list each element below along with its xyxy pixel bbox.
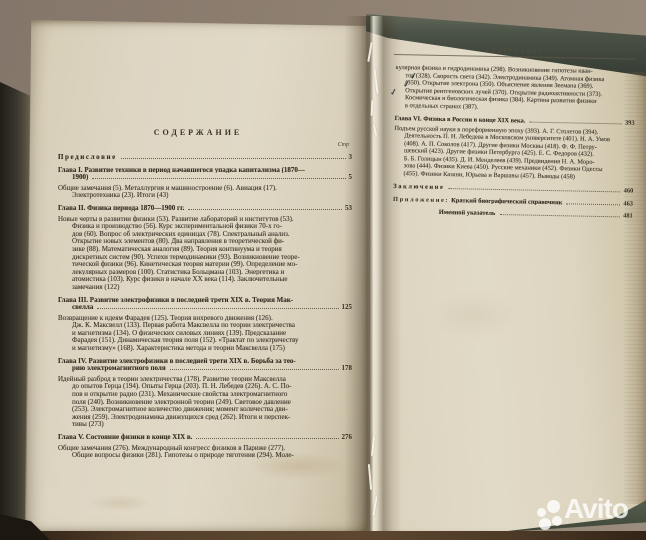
toc-line-text: дискретных систем (90). Успехи термодина…: [72, 253, 300, 261]
toc-line-text: Глава III. Развитие электрофизики в посл…: [58, 296, 293, 304]
toc-line-text: Физика и производство (56). Курс экспери…: [72, 222, 282, 230]
dotted-leader: [97, 303, 338, 309]
toc-line-prefix: Приложение:: [393, 196, 449, 204]
toc-line-text: атомистика (103). Курс физики в начале X…: [72, 275, 287, 283]
pen-checkmark: ✓: [409, 71, 418, 82]
right-page-content: СОДЕРЖАНИЕ 457 кулярная физика и гидроди…: [391, 46, 636, 219]
toc-line-text: Общие замечания (276). Международный кон…: [58, 444, 285, 452]
toc-line-text: Идейный разброд в теории электричества (…: [58, 375, 286, 383]
book-photo: СОДЕРЖАНИЕ Стр Предисловие3Глава I. Разв…: [0, 0, 646, 540]
left-page-toc: Предисловие3Глава I. Развитие техники в …: [44, 153, 352, 459]
toc-line-text: Новые черты в развитии физики (53). Разв…: [58, 215, 294, 223]
toc-line: Глава II. Физика периода 1870—1900 гг.53: [44, 204, 352, 212]
toc-line-text: жения (259). Электродинамика движущихся …: [72, 413, 290, 421]
toc-line: жения (259). Электродинамика движущихся …: [44, 413, 352, 421]
page-ref: 53: [345, 204, 352, 212]
toc-line: Глава IV. Развитие электрофизики в после…: [44, 357, 352, 365]
toc-entry: Глава V. Состояние физики в конце XIX в.…: [44, 433, 352, 441]
toc-title: СОДЕРЖАНИЕ: [44, 128, 352, 137]
toc-line-text: лекулярных размеров (100). Статистика Бо…: [72, 268, 284, 276]
book-cover-left-edge: [0, 82, 30, 540]
toc-entry: кулярная физика и гидродинамика (298). В…: [393, 64, 636, 114]
page-ref: 178: [342, 364, 353, 372]
toc-line: поля (240). Возникновение электронной те…: [44, 398, 352, 406]
toc-line: Общие замечания (276). Международный кон…: [44, 444, 352, 452]
toc-line: рию электромагнитного поля178: [44, 364, 352, 372]
right-page-toc: кулярная физика и гидродинамика (298). В…: [391, 64, 636, 219]
toc-line-text: Глава IV. Развитие электрофизики в после…: [58, 357, 296, 365]
toc-line: дискретных систем (90). Успехи термодина…: [44, 253, 352, 261]
toc-line: Возвращение к идеям Фарадея (125). Теори…: [44, 314, 352, 322]
avito-logo-circle: [552, 516, 562, 526]
toc-line-text: Дж. К. Максвелл (133). Первая работа Мак…: [72, 321, 295, 329]
toc-line: до опытов Герца (194). Опыты Герца (203)…: [44, 382, 352, 390]
toc-line: Новые черты в развитии физики (53). Разв…: [44, 215, 352, 223]
toc-entry: Заключение460: [391, 182, 633, 194]
toc-entry: Приложение:Краткий биографический справо…: [391, 194, 633, 206]
toc-line-text: и магнетизма (134). О физических силовых…: [72, 329, 286, 337]
toc-line-text: поля (240). Возникновение электронной те…: [72, 398, 291, 406]
toc-line-text: рию электромагнитного поля: [72, 364, 166, 372]
toc-line: Дж. К. Максвелл (133). Первая работа Мак…: [44, 321, 352, 329]
toc-line: дов (60). Вопрос об электрических единиц…: [44, 230, 352, 238]
pen-checkmark: ✓: [402, 79, 411, 90]
avito-logo-circle: [547, 500, 560, 513]
toc-line: замечания (122): [44, 283, 352, 291]
avito-logo-circle: [539, 518, 551, 530]
dotted-leader: [196, 433, 338, 439]
toc-line: Фарадея (151). Динамическая теория поля …: [44, 336, 352, 344]
left-page-content: СОДЕРЖАНИЕ Стр Предисловие3Глава I. Разв…: [44, 126, 352, 459]
page-ref: 481: [623, 212, 633, 219]
toc-entry: Глава III. Развитие электрофизики в посл…: [44, 296, 352, 311]
toc-line: 1900)5: [44, 173, 352, 181]
avito-logo-circle: [537, 508, 546, 517]
toc-line-text: в отдельных странах (387).: [405, 102, 478, 110]
pen-checkmark: ✓: [389, 87, 398, 98]
page-ref: 460: [624, 187, 634, 194]
page-column-header: Стр: [44, 142, 352, 148]
toc-line-text: Электротехника (23). Итоги (43): [72, 191, 168, 199]
toc-entry: Общие замечания (5). Металлургия и машин…: [44, 184, 352, 199]
toc-entry: Возвращение к идеям Фарадея (125). Теори…: [44, 314, 352, 352]
toc-line-text: до опытов Герца (194). Опыты Герца (203)…: [72, 382, 291, 390]
toc-line: Глава V. Состояние физики в конце XIX в.…: [44, 433, 352, 441]
toc-line: зике (88). Математическая аналогия (89).…: [44, 245, 352, 253]
dotted-leader: [121, 153, 346, 159]
toc-entry: Глава IV. Развитие электрофизики в после…: [44, 357, 352, 372]
toc-line-text: (253). Электромагнитное количество движе…: [72, 405, 288, 413]
toc-line-text: Заключение: [393, 183, 444, 191]
toc-line-text: тивы (273): [72, 420, 104, 428]
toc-line: Предисловие3: [44, 153, 352, 161]
toc-line: и магнетизма (134). О физических силовых…: [44, 329, 352, 337]
page-ref: 393: [625, 119, 635, 126]
dotted-leader: [92, 173, 345, 179]
toc-line: Глава III. Развитие электрофизики в посл…: [44, 296, 352, 304]
toc-line-text: свелла: [72, 303, 93, 311]
page-ref: 276: [342, 433, 353, 441]
toc-line-text: Краткий биографический справочник: [451, 197, 562, 206]
toc-line-text: зике (88). Математическая аналогия (89).…: [72, 245, 282, 253]
toc-line: Физика и производство (56). Курс экспери…: [44, 222, 352, 230]
toc-entry: Идейный разброд в теории электричества (…: [44, 375, 352, 428]
toc-line: Глава I. Развитие техники в период начав…: [44, 166, 352, 174]
watermark-text: Avito: [564, 493, 628, 525]
page-ref: 463: [623, 200, 633, 207]
toc-entry: Глава I. Развитие техники в период начав…: [44, 166, 352, 181]
dotted-leader: [448, 183, 620, 192]
dotted-leader: [499, 209, 620, 217]
toc-line: свелла125: [44, 303, 352, 311]
page-number: 457: [625, 50, 634, 56]
toc-line-text: 1900): [72, 173, 88, 181]
toc-line-text: Возвращение к идеям Фарадея (125). Теори…: [58, 314, 273, 322]
dotted-leader: [566, 198, 620, 205]
toc-line: Идейный разброд в теории электричества (…: [44, 375, 352, 383]
page-ref: 3: [349, 153, 353, 161]
toc-line: Заключение460: [391, 182, 633, 194]
page-ref: 5: [349, 173, 353, 181]
toc-line: Приложение:Краткий биографический справо…: [391, 194, 633, 206]
toc-line-text: пов и открытие радио (231). Механические…: [72, 390, 287, 398]
toc-line-text: и магнетизму» (168). Характеристика мето…: [72, 344, 285, 352]
toc-line: Открытие новых элементов (80). Два напра…: [44, 237, 352, 245]
toc-line: лекулярных размеров (100). Статистика Бо…: [44, 268, 352, 276]
toc-line-text: Глава I. Развитие техники в период начав…: [58, 166, 305, 174]
toc-line: и магнетизму» (168). Характеристика мето…: [44, 344, 352, 352]
toc-line: (253). Электромагнитное количество движе…: [44, 405, 352, 413]
toc-line: тивы (273): [44, 420, 352, 428]
toc-line-text: дов (60). Вопрос об электрических единиц…: [72, 230, 290, 238]
dotted-leader: [170, 364, 339, 370]
toc-line-text: Фарадея (151). Динамическая теория поля …: [72, 336, 299, 344]
toc-line-text: Глава II. Физика периода 1870—1900 гг.: [58, 204, 184, 212]
toc-line-text: Общие вопросы физики (281). Гипотезы о п…: [72, 451, 294, 459]
toc-line-text: Предисловие: [58, 153, 117, 161]
toc-line: Общие вопросы физики (281). Гипотезы о п…: [44, 451, 352, 459]
toc-line: атомистика (103). Курс физики в начале X…: [44, 275, 352, 283]
watermark: Avito: [536, 497, 646, 537]
toc-line-text: замечания (122): [72, 283, 120, 291]
toc-line-text: Глава V. Состояние физики в конце XIX в.: [58, 433, 192, 441]
toc-line: тической физики (96). Кинетическая теори…: [44, 260, 352, 268]
dotted-leader: [188, 204, 342, 210]
toc-entry: Предисловие3: [44, 153, 352, 161]
toc-entry: Общие замечания (276). Международный кон…: [44, 444, 352, 459]
toc-entry: Новые черты в развитии физики (53). Разв…: [44, 215, 352, 291]
toc-line-text: Глава VI. Физика в России в конце XIX ве…: [395, 115, 526, 125]
toc-line-text: тической физики (96). Кинетическая теори…: [72, 260, 297, 268]
toc-line-text: Открытие новых элементов (80). Два напра…: [72, 237, 284, 245]
toc-line: Электротехника (23). Итоги (43): [44, 191, 352, 199]
toc-line: пов и открытие радио (231). Механические…: [44, 390, 352, 398]
toc-entry: Подъем русской науки в пореформенную эпо…: [391, 124, 634, 181]
dotted-leader: [529, 117, 622, 125]
page-ref: 125: [342, 303, 353, 311]
toc-line-text: Общие замечания (5). Металлургия и машин…: [58, 184, 277, 192]
toc-line: Общие замечания (5). Металлургия и машин…: [44, 184, 352, 192]
toc-entry: Глава II. Физика периода 1870—1900 гг.53: [44, 204, 352, 212]
